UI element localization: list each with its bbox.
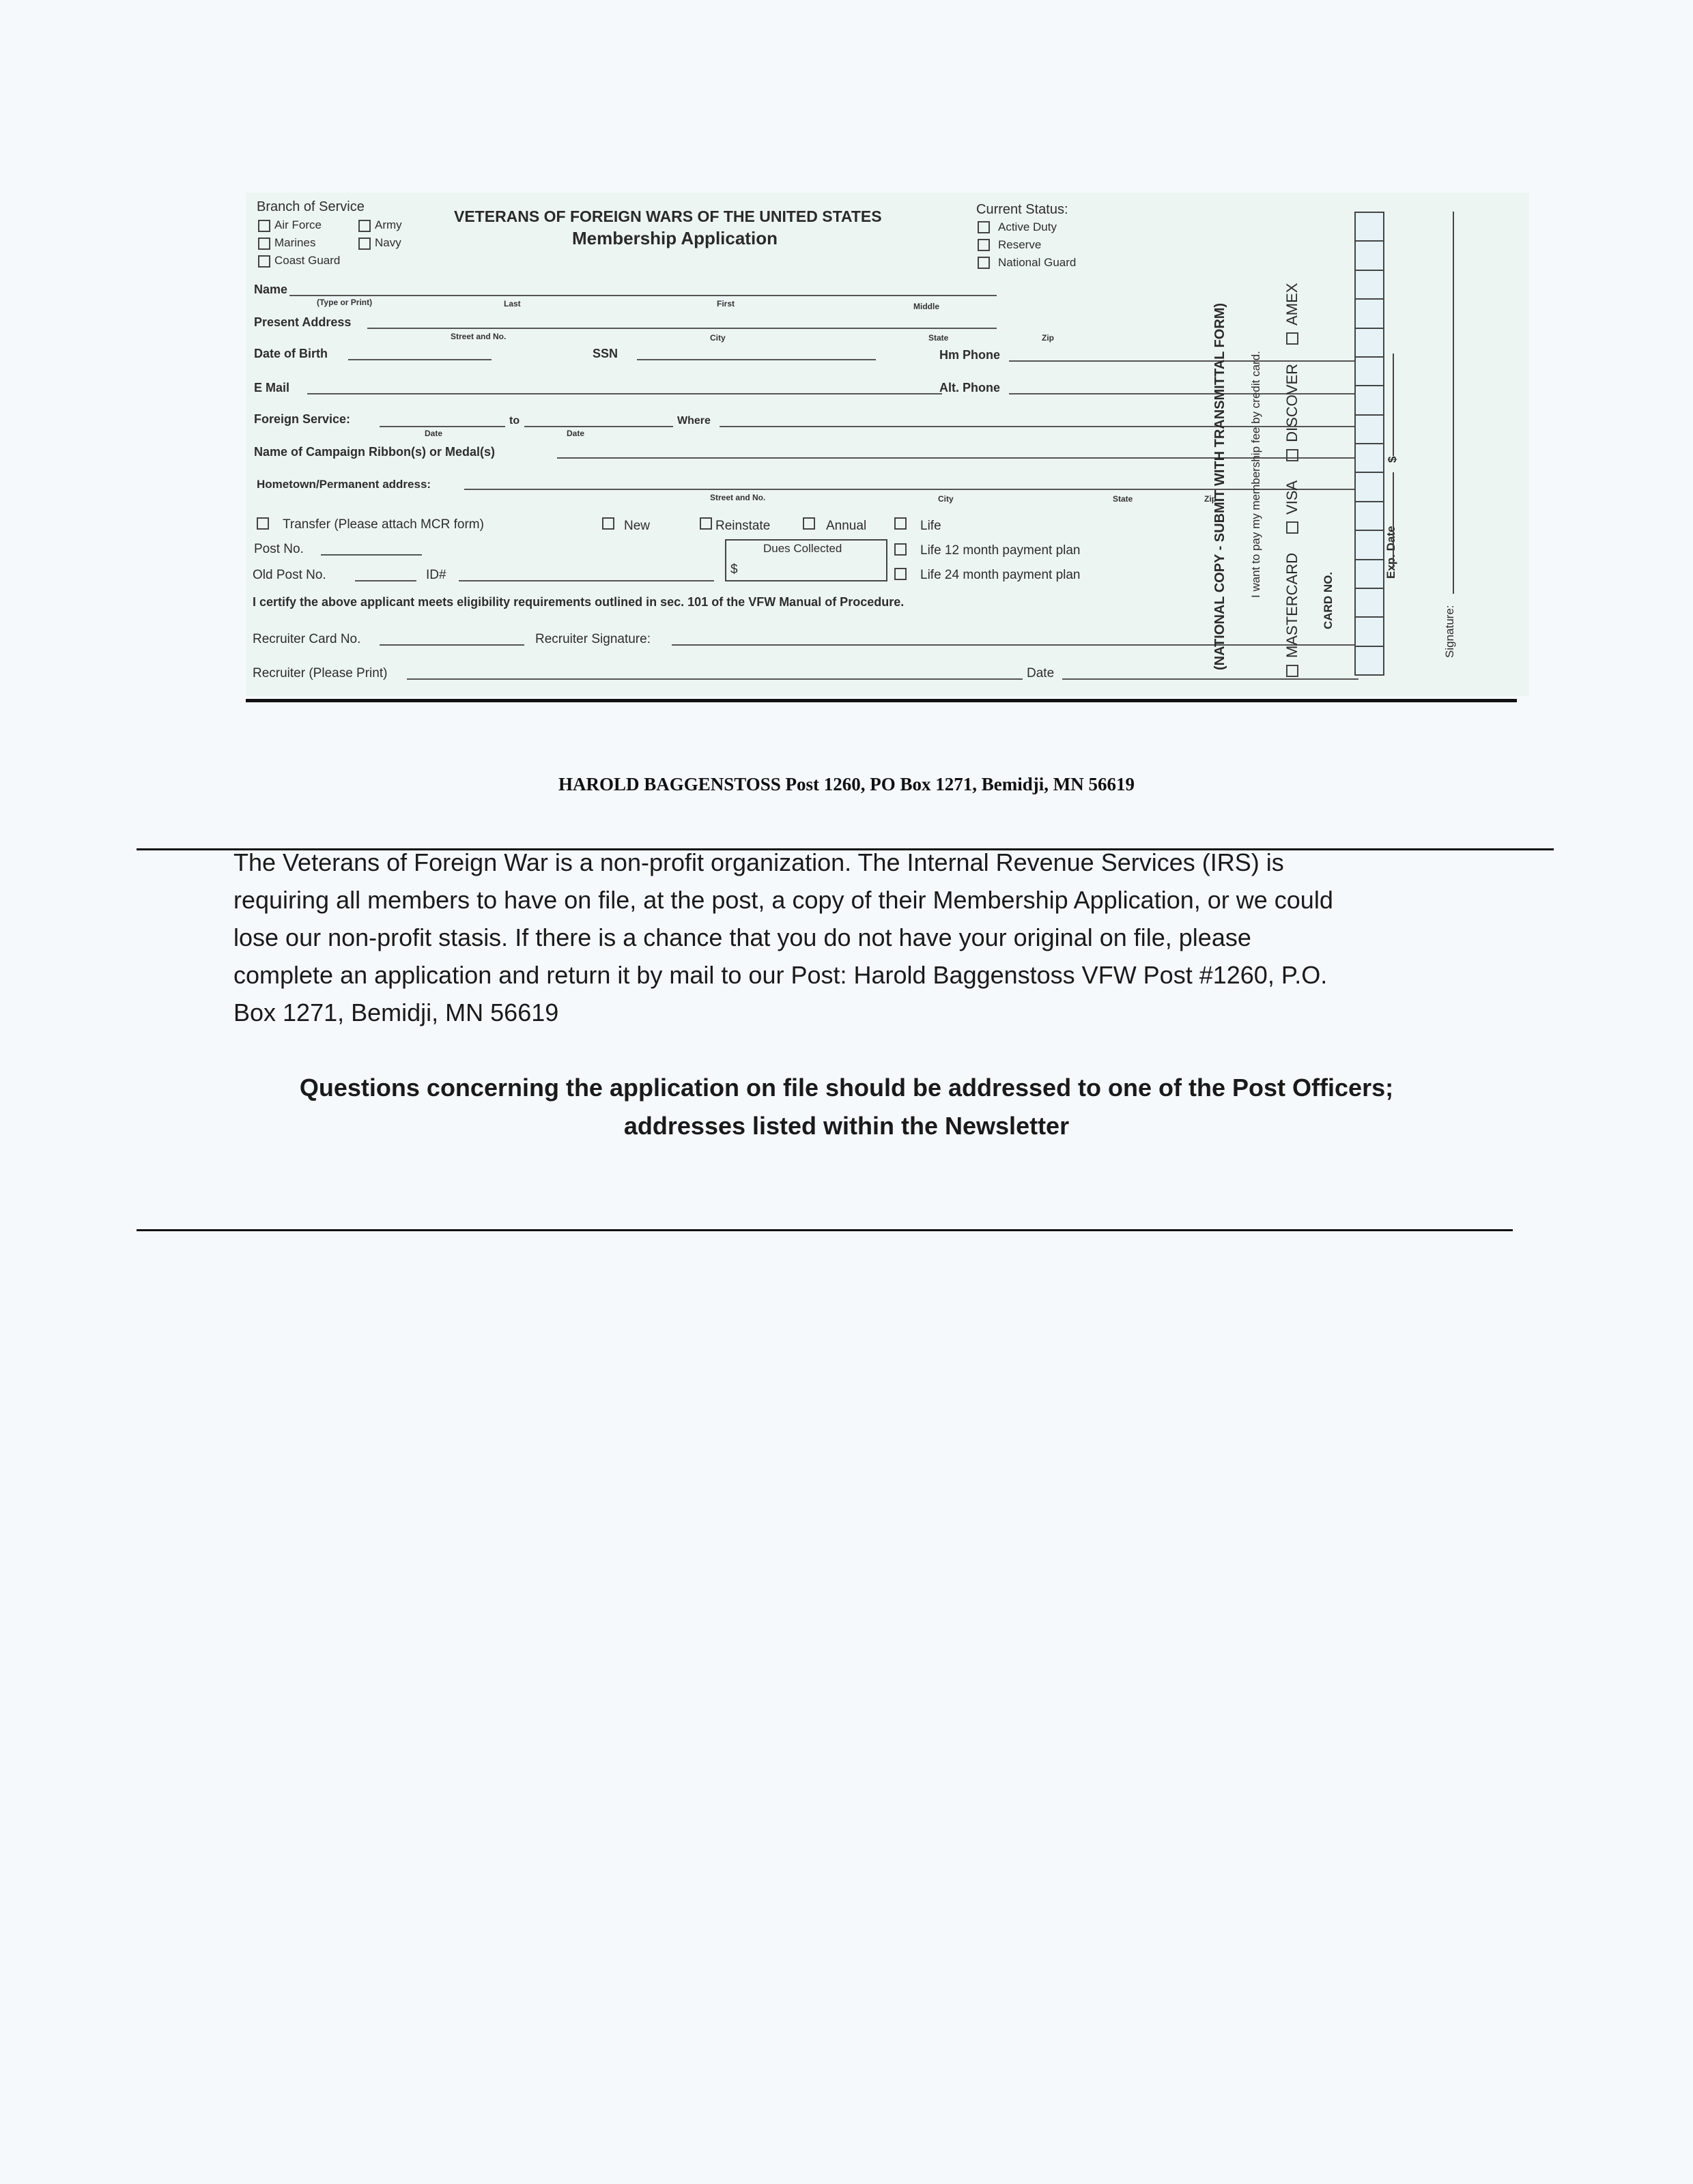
old-post-no-label: Old Post No.: [253, 568, 326, 583]
checkbox-amex[interactable]: [1286, 332, 1298, 345]
name-sub-type-or-print: (Type or Print): [317, 298, 372, 307]
checkbox-new[interactable]: [602, 517, 614, 530]
name-label: Name: [254, 283, 287, 297]
form-subtitle: Membership Application: [572, 228, 778, 249]
address-sub-zip: Zip: [1042, 333, 1054, 343]
id-field[interactable]: [459, 580, 714, 581]
alt-phone-field[interactable]: [1009, 393, 1358, 394]
card-amex-label: AMEX: [1283, 283, 1301, 326]
option-army: Army: [375, 218, 402, 232]
checkbox-reserve[interactable]: [978, 239, 990, 251]
amount-field[interactable]: [1393, 354, 1394, 456]
recruiter-card-label: Recruiter Card No.: [253, 632, 360, 647]
name-field[interactable]: [289, 295, 997, 296]
checkbox-air-force[interactable]: [258, 220, 270, 232]
form-title: VETERANS OF FOREIGN WARS OF THE UNITED S…: [454, 207, 882, 226]
card-digit-cell[interactable]: [1356, 329, 1383, 358]
where-label: Where: [677, 415, 711, 427]
alt-phone-label: Alt. Phone: [939, 381, 1000, 395]
card-digit-cell[interactable]: [1356, 531, 1383, 560]
checkbox-mastercard[interactable]: [1286, 665, 1298, 677]
recruiter-print-label: Recruiter (Please Print): [253, 666, 387, 681]
questions-line: Questions concerning the application on …: [0, 1069, 1693, 1107]
notice-line: complete an application and return it by…: [233, 956, 1544, 994]
campaign-field[interactable]: [557, 457, 1358, 459]
recruiter-signature-label: Recruiter Signature:: [535, 632, 651, 647]
recruiter-signature-field[interactable]: [672, 644, 1358, 646]
foreign-service-to-field[interactable]: [524, 426, 673, 427]
hm-phone-field[interactable]: [1009, 360, 1358, 362]
option-navy: Navy: [375, 236, 401, 250]
questions-line: addresses listed within the Newsletter: [0, 1107, 1693, 1145]
card-digit-cell[interactable]: [1356, 618, 1383, 646]
hometown-sub-state: State: [1113, 494, 1133, 504]
card-digit-cell[interactable]: [1356, 242, 1383, 270]
checkbox-coast-guard[interactable]: [258, 255, 270, 268]
checkbox-life-12[interactable]: [894, 543, 907, 556]
hm-phone-label: Hm Phone: [939, 348, 1000, 362]
form-bottom-rule: [246, 699, 1517, 702]
card-digit-cell[interactable]: [1356, 647, 1383, 674]
checkbox-transfer[interactable]: [257, 517, 269, 530]
checkbox-marines[interactable]: [258, 238, 270, 250]
card-type-options: MASTERCARD VISA DISCOVER AMEX: [1283, 283, 1301, 677]
campaign-label: Name of Campaign Ribbon(s) or Medal(s): [254, 445, 495, 459]
option-marines: Marines: [274, 236, 315, 250]
card-digit-cell[interactable]: [1356, 300, 1383, 328]
card-digit-cell[interactable]: [1356, 416, 1383, 444]
notice-line: lose our non-profit stasis. If there is …: [233, 919, 1544, 956]
card-digit-cell[interactable]: [1356, 358, 1383, 386]
to-date-sub: Date: [567, 429, 584, 438]
checkbox-life[interactable]: [894, 517, 907, 530]
email-field[interactable]: [307, 393, 942, 394]
name-sub-last: Last: [504, 299, 521, 308]
foreign-service-from-field[interactable]: [380, 426, 505, 427]
reinstate-label: Reinstate: [715, 519, 770, 534]
card-digit-cell[interactable]: [1356, 589, 1383, 618]
address-sub-city: City: [710, 333, 726, 343]
dues-collected-label: Dues Collected: [763, 542, 842, 556]
recruiter-card-field[interactable]: [380, 644, 524, 646]
recruiter-print-field[interactable]: [407, 678, 1023, 680]
present-address-field[interactable]: [367, 328, 997, 329]
checkbox-annual[interactable]: [803, 517, 815, 530]
option-national-guard: National Guard: [998, 256, 1076, 270]
card-digit-cell[interactable]: [1356, 271, 1383, 300]
address-sub-street: Street and No.: [451, 332, 506, 341]
address-sub-state: State: [928, 333, 948, 343]
life-label: Life: [920, 519, 941, 534]
notice-line: requiring all members to have on file, a…: [233, 881, 1544, 919]
branch-of-service-label: Branch of Service: [257, 199, 365, 215]
option-coast-guard: Coast Guard: [274, 254, 340, 268]
card-discover-label: DISCOVER: [1283, 364, 1301, 442]
checkbox-army[interactable]: [358, 220, 371, 232]
new-label: New: [624, 519, 650, 534]
signature-field[interactable]: [1453, 212, 1454, 594]
name-sub-first: First: [717, 299, 735, 308]
card-no-label: CARD NO.: [1322, 572, 1335, 629]
notice-line: Box 1271, Bemidji, MN 56619: [233, 994, 1544, 1031]
national-copy-note: (NATIONAL COPY - SUBMIT WITH TRANSMITTAL…: [1212, 303, 1228, 670]
card-number-grid[interactable]: [1354, 212, 1384, 676]
annual-label: Annual: [826, 519, 866, 534]
option-reserve: Reserve: [998, 238, 1041, 252]
signature-label: Signature:: [1443, 605, 1457, 659]
card-mastercard-label: MASTERCARD: [1283, 553, 1301, 658]
exp-date-field[interactable]: [1393, 472, 1394, 568]
card-digit-cell[interactable]: [1356, 444, 1383, 473]
post-no-field[interactable]: [321, 554, 422, 556]
pay-by-card-note: I want to pay my membership fee by credi…: [1249, 351, 1263, 598]
exp-date-label: Exp. Date: [1384, 526, 1398, 579]
date-of-birth-label: Date of Birth: [254, 347, 328, 361]
dues-currency: $: [730, 562, 738, 577]
card-digit-cell[interactable]: [1356, 502, 1383, 531]
post-address: HAROLD BAGGENSTOSS Post 1260, PO Box 127…: [0, 774, 1693, 795]
transfer-label: Transfer (Please attach MCR form): [283, 517, 484, 532]
checkbox-reinstate[interactable]: [700, 517, 712, 530]
to-label: to: [509, 415, 520, 427]
date-of-birth-field[interactable]: [348, 359, 492, 360]
option-air-force: Air Force: [274, 218, 322, 232]
foreign-service-label: Foreign Service:: [254, 412, 350, 427]
card-digit-cell[interactable]: [1356, 473, 1383, 502]
ssn-label: SSN: [593, 347, 618, 361]
card-digit-cell[interactable]: [1356, 213, 1383, 242]
checkbox-active-duty[interactable]: [978, 221, 990, 233]
amount-symbol: $: [1386, 457, 1399, 463]
date-field[interactable]: [1062, 678, 1358, 680]
hometown-sub-city: City: [938, 494, 954, 504]
option-active-duty: Active Duty: [998, 220, 1057, 234]
name-sub-middle: Middle: [913, 302, 939, 311]
membership-application-form: Branch of Service Air Force Army Marines…: [246, 192, 1529, 696]
hometown-sub-street: Street and No.: [710, 493, 765, 502]
card-visa-label: VISA: [1283, 480, 1301, 515]
present-address-label: Present Address: [254, 315, 351, 330]
checkbox-life-24[interactable]: [894, 568, 907, 580]
notice-line: The Veterans of Foreign War is a non-pro…: [233, 844, 1544, 881]
checkbox-navy[interactable]: [358, 238, 371, 250]
current-status-label: Current Status:: [976, 202, 1068, 218]
id-label: ID#: [426, 568, 446, 583]
irs-notice: The Veterans of Foreign War is a non-pro…: [233, 844, 1544, 1031]
old-post-no-field[interactable]: [355, 580, 416, 581]
life-12-label: Life 12 month payment plan: [920, 543, 1081, 558]
certify-statement: I certify the above applicant meets elig…: [253, 595, 904, 609]
life-24-label: Life 24 month payment plan: [920, 568, 1081, 583]
card-digit-cell[interactable]: [1356, 560, 1383, 589]
date-label: Date: [1027, 666, 1054, 681]
from-date-sub: Date: [425, 429, 442, 438]
divider-bottom: [137, 1229, 1513, 1231]
checkbox-discover[interactable]: [1286, 449, 1298, 461]
card-digit-cell[interactable]: [1356, 386, 1383, 415]
questions-note: Questions concerning the application on …: [0, 1069, 1693, 1145]
hometown-label: Hometown/Permanent address:: [257, 478, 431, 491]
checkbox-national-guard[interactable]: [978, 257, 990, 269]
post-no-label: Post No.: [254, 542, 304, 557]
ssn-field[interactable]: [637, 359, 876, 360]
email-label: E Mail: [254, 381, 289, 395]
checkbox-visa[interactable]: [1286, 521, 1298, 534]
